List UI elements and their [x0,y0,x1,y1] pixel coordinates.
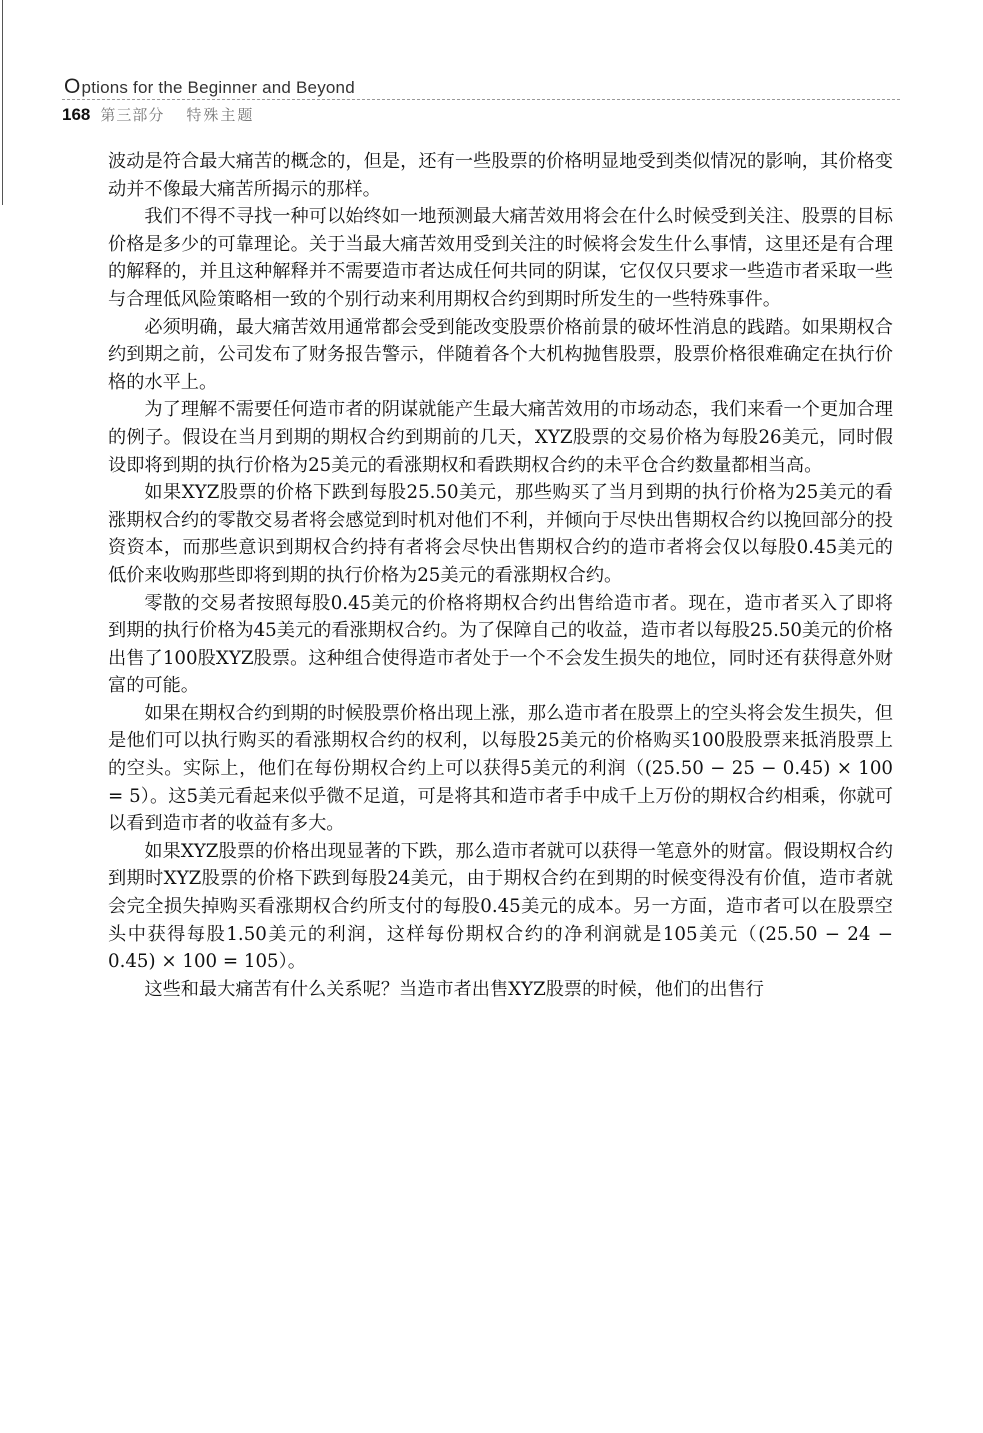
paragraph: 零散的交易者按照每股0.45美元的价格将期权合约出售给造市者。现在，造市者买入了… [108,590,893,700]
paragraph: 必须明确，最大痛苦效用通常都会受到能改变股票价格前景的破坏性消息的践踏。如果期权… [108,314,893,397]
section-label: 特殊主题 [186,106,254,124]
section-line: 168 第三部分 特殊主题 [62,103,254,127]
header-divider [62,99,900,100]
paragraph: 我们不得不寻找一种可以始终如一地预测最大痛苦效用将会在什么时候受到关注、股票的目… [108,203,893,313]
page-edge-rule [2,0,3,205]
running-header: Options for the Beginner and Beyond 168 … [62,76,902,98]
page-number: 168 [62,105,90,124]
book-title-rest: ptions for the Beginner and Beyond [82,78,355,97]
paragraph: 如果XYZ股票的价格出现显著的下跌，那么造市者就可以获得一笔意外的财富。假设期权… [108,838,893,976]
book-title-initial: O [64,75,81,98]
paragraph: 如果在期权合约到期的时候股票价格出现上涨，那么造市者在股票上的空头将会发生损失，… [108,700,893,838]
paragraph: 如果XYZ股票的价格下跌到每股25.50美元，那些购买了当月到期的执行价格为25… [108,479,893,589]
paragraph: 波动是符合最大痛苦的概念的，但是，还有一些股票的价格明显地受到类似情况的影响，其… [108,148,893,203]
book-title: Options for the Beginner and Beyond [64,76,904,98]
paragraph: 这些和最大痛苦有什么关系呢？当造市者出售XYZ股票的时候，他们的出售行 [108,976,893,1004]
body-text: 波动是符合最大痛苦的概念的，但是，还有一些股票的价格明显地受到类似情况的影响，其… [108,148,893,1003]
paragraph: 为了理解不需要任何造市者的阴谋就能产生最大痛苦效用的市场动态，我们来看一个更加合… [108,396,893,479]
part-label: 第三部分 [100,106,164,124]
